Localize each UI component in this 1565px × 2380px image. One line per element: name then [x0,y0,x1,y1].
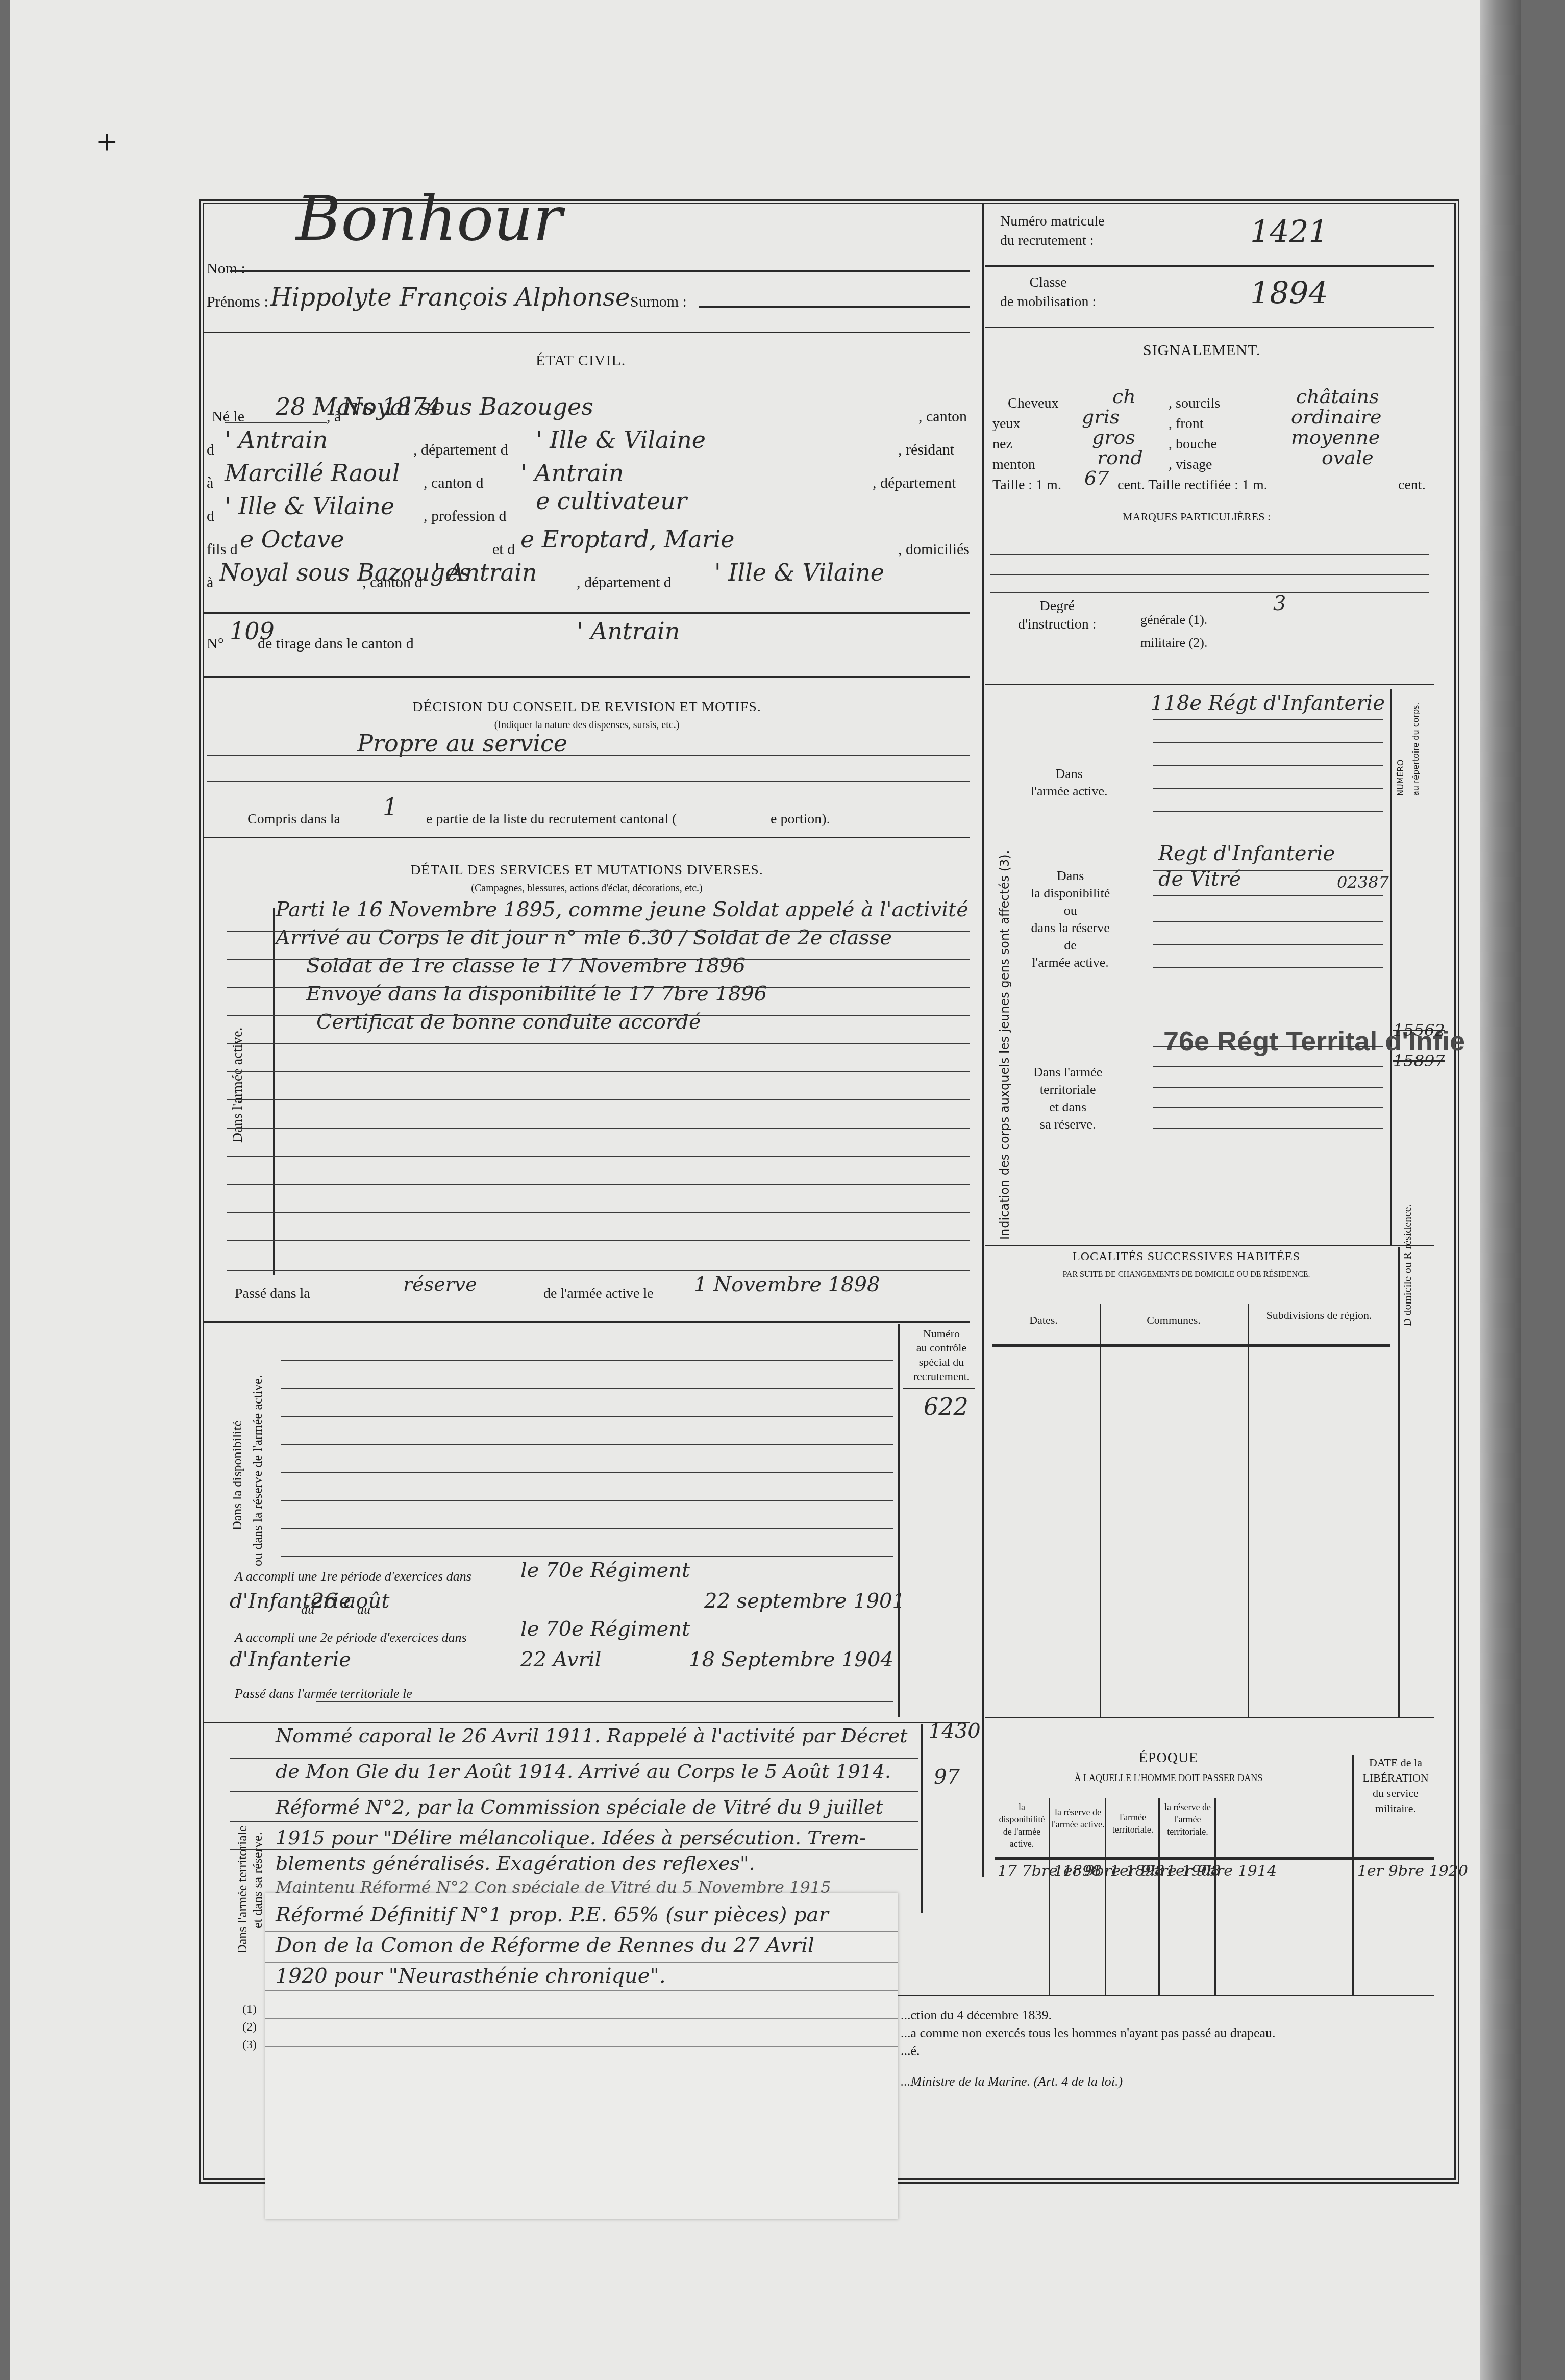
cheveux-label: Cheveux [1008,395,1059,412]
militaire-label: militaire (2). [1140,635,1207,650]
ruled-line [265,2046,898,2047]
passe-value: réserve [403,1273,477,1295]
bouche-value: moyenne [1291,426,1380,448]
divider [204,1722,970,1723]
profession-label: , profession d [424,508,506,525]
matricule-value: 1421 [1250,214,1328,250]
col-subdivisions: Subdivisions de région. [1250,1309,1388,1322]
ruled-line [265,1931,898,1932]
territoriale-side-label-1: Dans l'armée territoriale [235,1825,250,1954]
passe-label: Passé dans la [235,1286,310,1302]
divider [204,332,970,333]
field-line [316,1701,893,1702]
yeux-value: gris [1082,406,1120,428]
divider [985,684,1434,685]
column-divider [982,204,984,1877]
footnote-marker: (2) [242,2020,257,2034]
decision-value: Propre au service [357,730,567,757]
ruled-line [281,1360,893,1361]
periode-2-from: 22 Avril [520,1648,601,1671]
active-corps: 118e Régt d'Infanterie [1151,691,1385,715]
a-label: à [207,574,213,591]
services-side-label: Dans l'armée active. [230,1027,246,1143]
numero-repertoire-label-2: au répertoire du corps. [1411,703,1421,796]
father-name: e Octave [240,525,344,553]
prenoms-label: Prénoms : [207,293,268,311]
ruled-line [1153,921,1383,922]
label-line: au contrôle [901,1341,982,1355]
footnote-marker: (1) [242,2002,257,2016]
territoriale-line: Nommé caporal le 26 Avril 1911. Rappelé … [276,1724,907,1747]
terr-label: Dans l'armée territoriale et dans sa rés… [1033,1064,1102,1133]
label-line: dans la réserve [1031,919,1110,937]
epoque-col-label: l'armée territoriale. [1107,1811,1158,1836]
surnom-label: Surnom : [630,293,687,311]
col-divider [1352,1755,1354,1995]
divider [204,676,970,678]
partie-value: 1 [383,793,398,821]
a-label: , à [327,408,341,425]
birth-departement: ' Ille & Vilaine [536,426,706,454]
dispo-numero: 02387 [1337,872,1389,892]
nez-label: nez [992,436,1012,453]
territoriale-side-label-2: et dans sa réserve. [250,1832,265,1928]
d-label: d [207,441,214,459]
ruled-line [1153,811,1383,812]
liberation-label: DATE de la LIBÉRATION du service militai… [1357,1755,1434,1816]
dispo-label: Dans la disponibilité ou dans la réserve… [1031,867,1110,971]
passe-date: 1 Novembre 1898 [694,1273,880,1296]
taille-value: 67 [1084,467,1109,489]
ruled-line [227,931,970,932]
sourcils-label: , sourcils [1169,395,1220,412]
ruled-line [227,987,970,988]
ruled-line [1153,719,1383,720]
numero-controle-value: 622 [924,1393,968,1420]
territoriale-label: Passé dans l'armée territoriale le [235,1686,412,1701]
ruled-line [1153,1107,1383,1108]
ruled-line [227,1015,970,1016]
ruled-line [281,1500,893,1501]
ruled-line [227,1156,970,1157]
compris-label: Compris dans la [247,811,340,828]
partie-suffix: e partie de la liste du recrutement cant… [426,811,677,828]
terr-numero-2: 15897 [1393,1051,1445,1070]
ruled-line [230,1758,918,1759]
classe-value: 1894 [1250,275,1328,311]
periode-2-label: A accompli une 2e période d'exercices da… [235,1630,467,1645]
territoriale-line: de Mon Gle du 1er Août 1914. Arrivé au C… [276,1760,891,1783]
canton-label: , canton d [424,474,483,492]
label-line: ou [1031,902,1110,919]
numero-divider [898,1324,900,1717]
residence-departement: ' Ille & Vilaine [225,492,394,520]
bouche-label: , bouche [1169,436,1217,453]
periode-1-to: 22 septembre 1901 [704,1589,905,1613]
ruled-line [1153,870,1383,871]
footnote-1: ...ction du 4 décembre 1839. [901,2008,1052,2023]
localites-subtitle: PAR SUITE DE CHANGEMENTS DE DOMICILE OU … [987,1270,1385,1280]
header-rule [995,1857,1434,1860]
label-line: la disponibilité [1031,885,1110,902]
epoque-col-label: la réserve de l'armée territoriale. [1161,1801,1214,1838]
sourcils-value: châtains [1296,385,1379,408]
fils-label: fils d [207,541,238,558]
label-line: spécial du [901,1355,982,1369]
ruled-line [265,1990,898,1991]
divider [985,265,1434,267]
label-line: Numéro [901,1326,982,1341]
label-line: Dans [1031,765,1107,783]
numero-repertoire-label-1: NUMÉRO [1396,760,1405,796]
numero-controle-label: Numéro au contrôle spécial du recrutemen… [901,1326,982,1384]
col-divider [1214,1798,1216,1995]
ruled-line [1153,1066,1383,1067]
services-subtitle: (Campagnes, blessures, actions d'éclat, … [204,883,970,894]
label-line: territoriale [1033,1081,1102,1098]
ruled-line [1153,765,1383,766]
territoriale-numero-2: 97 [934,1765,960,1789]
reserve-side-label-2: ou dans la réserve de l'armée active. [250,1375,265,1566]
ruled-line [227,1071,970,1072]
ruled-line [1153,1087,1383,1088]
periode-1-from: 26 août [311,1589,389,1613]
ruled-line [281,1472,893,1473]
ruled-line [265,1962,898,1963]
periode-2-unit-2: d'Infanterie [230,1648,351,1671]
parents-departement: ' Ille & Vilaine [714,559,884,586]
cheveux-value: ch [1112,385,1136,408]
taille-cent-label: cent. Taille rectifiée : 1 m. [1117,477,1268,493]
ruled-line [265,2018,898,2019]
field-line [207,781,970,782]
col-communes: Communes. [1102,1314,1245,1327]
label-line: Dans [1031,867,1110,885]
divider [903,1388,975,1389]
classe-label: Classe de mobilisation : [1000,273,1096,312]
ruled-line [227,959,970,960]
etat-civil-title: ÉTAT CIVIL. [536,352,626,369]
cent-label: cent. [1398,477,1426,493]
bracket [273,908,275,1275]
territoriale-line: Réformé N°2, par la Commission spéciale … [276,1796,883,1818]
a-label: à [207,474,213,492]
ruled-line [227,1240,970,1241]
epoque-col-label: la réserve de l'armée active. [1051,1806,1105,1831]
ruled-line [227,1184,970,1185]
portion-suffix: e portion). [771,811,830,828]
label-line: et dans [1033,1098,1102,1116]
birth-place: Noyal sous Bazouges [342,393,593,420]
parents-domicile: Noyal sous Bazouges [219,559,471,586]
ruled-line [281,1416,893,1417]
patch-line: Don de la Comon de Réforme de Rennes du … [276,1934,814,1957]
residence-canton: ' Antrain [520,459,624,487]
residence: Marcillé Raoul [225,459,400,487]
label-line: sa réserve. [1033,1116,1102,1133]
service-line: Envoyé dans la disponibilité le 17 7bre … [306,982,767,1006]
periode-1-label: A accompli une 1re période d'exercices d… [235,1569,471,1584]
ruled-line [1153,1046,1383,1047]
label-line: de mobilisation : [1000,292,1096,312]
ruled-line [227,1270,970,1271]
label-line: l'armée active. [1031,783,1107,800]
surnom-line [699,306,970,308]
localites-title: LOCALITÉS SUCCESSIVES HABITÉES [987,1250,1385,1264]
ruled-line [990,574,1429,575]
ruled-line [281,1528,893,1529]
passe-mid-label: de l'armée active le [543,1286,654,1302]
dr-divider [1398,1247,1400,1717]
label-line: d'instruction : [1018,615,1097,634]
taille-label: Taille : 1 m. [992,477,1061,493]
ruled-line [230,1791,918,1792]
departement-label: , département [873,474,956,492]
tirage-label: de tirage dans le canton d [258,635,414,653]
territoriale-numero-1: 1430 [929,1719,981,1743]
visage-value: ovale [1322,446,1374,469]
territoriale-line: 1915 pour "Délire mélancolique. Idées à … [276,1826,866,1849]
nom-line [230,270,970,272]
dr-label: D domicile ou R résidence. [1401,1204,1414,1326]
header-rule [992,1344,1390,1347]
label-line: recrutement. [901,1369,982,1384]
field-line [207,755,970,756]
periode-2-to: 18 Septembre 1904 [689,1648,893,1671]
services-title: DÉTAIL DES SERVICES ET MUTATIONS DIVERSE… [204,862,970,879]
yeux-label: yeux [992,416,1020,432]
epoque-col-label: la disponibilité de l'armée active. [995,1801,1049,1850]
divider [985,1717,1434,1718]
tirage-canton: ' Antrain [577,617,680,645]
label-line: l'armée active. [1031,954,1110,971]
dispo-corps-1: Regt d'Infanterie [1158,842,1335,865]
service-line: Soldat de 1re classe le 17 Novembre 1896 [306,954,746,978]
ruled-line [1153,967,1383,968]
nez-value: gros [1092,426,1135,448]
register-page: + Bonhour Nom : Prénoms : Hippolyte Fran… [10,0,1521,2380]
col-divider [1049,1798,1050,1995]
territoriale-line: blements généralisés. Exagération des re… [276,1852,755,1874]
ruled-line [1153,742,1383,743]
ruled-line [990,554,1429,555]
front-label: , front [1169,416,1203,432]
epoque-title: ÉPOQUE [995,1750,1342,1766]
col-dates: Dates. [992,1314,1095,1327]
divider [985,1245,1434,1246]
active-label: Dans l'armée active. [1031,765,1107,800]
ruled-line [230,1849,918,1850]
ruled-line [227,1099,970,1100]
ruled-line [227,1128,970,1129]
ruled-line [281,1556,893,1557]
service-line: Parti le 16 Novembre 1895, comme jeune S… [276,898,968,921]
numero-divider [1390,689,1392,1245]
col-divider [1158,1798,1160,1995]
label-line: Dans l'armée [1033,1064,1102,1081]
residant-label: , résidant [898,441,954,459]
ruled-line [281,1444,893,1445]
liberation-date: 1er 9bre 1920 [1357,1862,1468,1880]
ruled-line [1153,1128,1383,1129]
profession: e cultivateur [536,487,687,515]
ruled-line [1153,944,1383,945]
divider [898,1995,1434,1996]
nom-label: Nom : [207,260,245,278]
label-line: de [1031,937,1110,954]
d-label: d [207,508,214,525]
visage-label: , visage [1169,457,1212,473]
corner-cross-mark: + [97,122,117,163]
col-divider [1248,1304,1249,1717]
footnote-3: ...é. [901,2043,920,2059]
ruled-line [1153,788,1383,789]
divider [204,1321,970,1323]
patch-line: Réformé Définitif N°1 prop. P.E. 65% (su… [276,1903,829,1926]
no-label: N° [207,635,224,653]
generale-label: générale (1). [1140,612,1207,628]
front-value: ordinaire [1291,406,1381,428]
ruled-line [230,1821,918,1822]
label-line: du recrutement : [1000,231,1104,250]
divider [204,837,970,838]
birth-canton: ' Antrain [225,426,328,454]
departement-label: , département d [413,441,508,459]
ruled-line [227,1043,970,1044]
nom-value: Bonhour [296,184,562,255]
menton-value: rond [1097,446,1143,469]
periode-2-unit: le 70e Régiment [520,1617,690,1641]
divider [204,612,970,614]
field-line [225,422,327,423]
menton-label: menton [992,457,1035,473]
service-line: Arrivé au Corps le dit jour n° mle 6.30 … [276,926,892,949]
reserve-side-label-1: Dans la disponibilité [230,1421,245,1531]
col-divider [1100,1304,1101,1717]
label-line: Numéro matricule [1000,212,1104,231]
ruled-line [281,1388,893,1389]
generale-value: 3 [1273,592,1286,615]
corps-side-label: Indication des corps auxquels les jeunes… [998,850,1012,1240]
prenoms-value: Hippolyte François Alphonse [270,283,630,312]
periode-1-unit: le 70e Régiment [520,1559,690,1582]
matricule-label: Numéro matricule du recrutement : [1000,212,1104,250]
marques-title: MARQUES PARTICULIÈRES : [1123,510,1271,523]
canton-label: , canton [918,408,967,425]
footnote-2: ...a comme non exercés tous les hommes n… [901,2025,1276,2041]
epoque-subtitle: À LAQUELLE L'HOMME DOIT PASSER DANS [995,1773,1342,1784]
canton-label: , canton d [362,574,422,591]
decision-subtitle: (Indiquer la nature des dispenses, sursi… [204,719,970,731]
ruled-line [227,1212,970,1213]
parents-canton: ' Antrain [434,559,537,586]
patch-line: 1920 pour "Neurasthénie chronique". [276,1964,666,1988]
terr-numero-1: 15562 [1393,1020,1445,1040]
pasted-correction-slip: Réformé Définitif N°1 prop. P.E. 65% (su… [265,1893,898,2219]
epoque-reserve-territoriale: 1er 9bre 1914 [1166,1862,1277,1880]
numero-divider [921,1724,923,1913]
col-divider [1105,1798,1106,1995]
mother-name: e Eroptard, Marie [520,525,735,553]
et-label: et d [492,541,515,558]
decision-title: DÉCISION DU CONSEIL DE REVISION ET MOTIF… [204,699,970,715]
page-edge [1480,0,1521,2380]
divider [985,327,1434,328]
departement-label: , département d [577,574,672,591]
service-line: Certificat de bonne conduite accordé [316,1010,701,1034]
signalement-title: SIGNALEMENT. [1143,342,1261,359]
degre-label: Degré d'instruction : [1018,597,1097,634]
label-line: Degré [1018,597,1097,615]
footnote-4: ...Ministre de la Marine. (Art. 4 de la … [901,2074,1123,2089]
ruled-line [990,592,1429,593]
domicilies-label: , domiciliés [898,541,970,558]
label-line: Classe [1000,273,1096,292]
au-label: au [357,1602,370,1617]
ruled-line [1153,895,1383,896]
footnote-marker: (3) [242,2038,257,2052]
